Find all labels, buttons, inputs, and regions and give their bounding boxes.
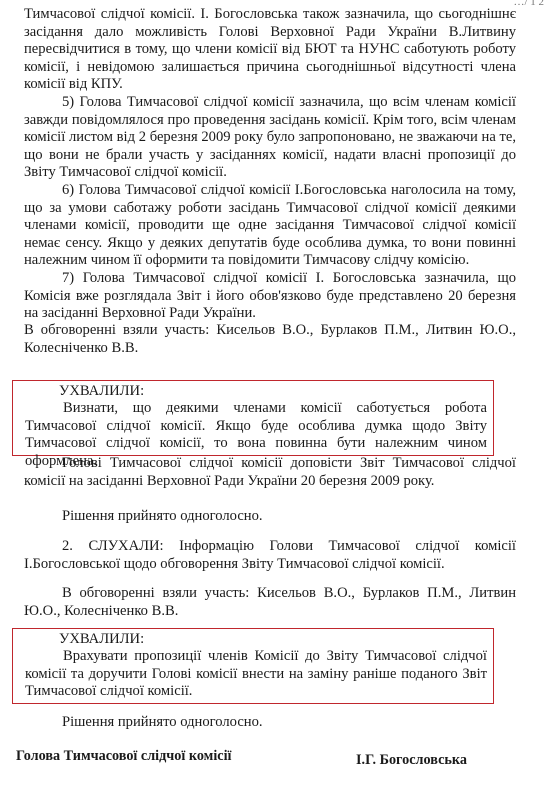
paragraph-item-6: 6) Голова Тимчасової слідчої комісії І.Б… <box>24 182 516 270</box>
page-number-mark: …/ 1 2 <box>513 0 544 12</box>
decision-text-2: Рішення прийнято одноголосно. <box>24 714 516 732</box>
document-page: …/ 1 2 Тимчасової слідчої комісії. І. Бо… <box>0 0 550 798</box>
decision-text-1: Рішення прийнято одноголосно. <box>24 508 516 526</box>
resolution-highlight-box-2: УХВАЛИЛИ: Врахувати пропозиції членів Ко… <box>12 628 494 704</box>
signature-position: Голова Тимчасової слідчої комісії <box>16 748 231 766</box>
resolution-followup: Голові Тимчасової слідчої комісії допові… <box>24 455 516 490</box>
resolution-title: УХВАЛИЛИ: <box>25 383 519 401</box>
paragraph-continuation: Тимчасової слідчої комісії. І. Богословс… <box>24 6 516 94</box>
discussion-participants-2: В обговоренні взяли участь: Кисельов В.О… <box>24 585 516 620</box>
item-2-heard: 2. СЛУХАЛИ: Інформацію Голови Тимчасової… <box>24 538 516 573</box>
signature-name: І.Г. Богословська <box>356 752 467 770</box>
discussion-participants-1: В обговоренні взяли участь: Кисельов В.О… <box>24 322 516 357</box>
resolution-highlight-box-1: УХВАЛИЛИ: Визнати, що деякими членами ко… <box>12 380 494 456</box>
resolution-title: УХВАЛИЛИ: <box>25 631 519 649</box>
paragraph-item-7: 7) Голова Тимчасової слідчої комісії І. … <box>24 270 516 323</box>
resolution-text: Врахувати пропозиції членів Комісії до З… <box>25 648 487 701</box>
paragraph-item-5: 5) Голова Тимчасової слідчої комісії заз… <box>24 94 516 182</box>
